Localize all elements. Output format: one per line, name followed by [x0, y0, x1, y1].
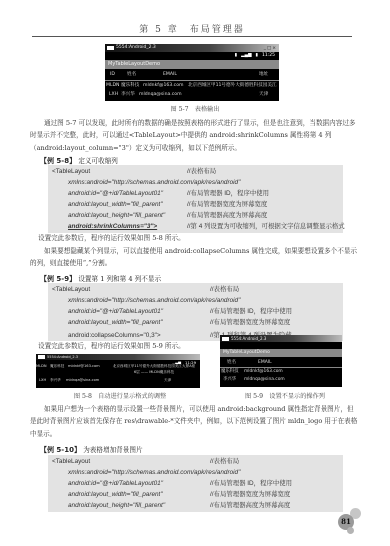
code-line: android:layout_width="fill_parent"//布局管理… [52, 317, 343, 328]
cell: 李兴华 [50, 376, 66, 384]
code-block: <TableLayout//表格布局 xmlns:android="http:/… [48, 455, 343, 512]
code-text: android:layout_width="fill_parent" [68, 489, 163, 500]
example-title: 为表格增加背景图片 [83, 446, 142, 454]
window-controls: _□× [264, 45, 277, 53]
code-comment: //表格布局 [210, 284, 239, 295]
status-time: 11:25 [262, 53, 275, 58]
code-comment: //表格布局 [187, 166, 216, 177]
code-line: android:id="@+id/TableLayout01"//布局管理器 I… [52, 306, 343, 317]
code-text: android:id="@+id/TableLayout01" [68, 188, 163, 199]
cell: 李兴华 [121, 90, 139, 99]
emulator-title-bar: 5554:Android_2.3 _□× [105, 44, 279, 52]
figure-5-8-table-body: MLDN 魔乐科技 mldnkf@163.com 北京西城区甲11号德外大街德胜… [36, 364, 200, 385]
code-comment: //布局管理器 ID，程序中使用 [210, 306, 292, 317]
code-text: android:id="@+id/TableLayout01" [68, 478, 163, 489]
code-text: <TableLayout [52, 166, 90, 177]
figure-5-7-screenshot: 5554:Android_2.3 _□× ▮▂▄▆▮11:25 MyTableL… [105, 44, 279, 101]
code-comment: //布局管理器宽度为屏幕宽度 [187, 199, 267, 210]
page-number-badge: 81 [338, 508, 378, 544]
table-row: 魔乐科技 mldnkf@163.com [220, 368, 342, 376]
table-header-row: 姓名 EMAIL [220, 357, 342, 368]
code-line: android:layout_height="fill_parent"//布局管… [52, 500, 343, 511]
emulator-title-bar: 5554:Android_2.3 [220, 335, 342, 342]
code-text: android:layout_width="fill_parent" [68, 199, 163, 210]
window-icon [38, 355, 45, 359]
column-header: EMAIL [151, 69, 259, 80]
figure-caption: 图 5-8 自动进行显示格式的调整 [60, 391, 180, 400]
figure-5-9-screenshot: 5554:Android_2.3 MyTableLayoutDemo 姓名 EM… [220, 335, 342, 387]
example-label: 【例 5-10】 [40, 446, 81, 454]
window-icon [107, 46, 114, 50]
code-text: android:id="@+id/TableLayout01" [68, 306, 163, 317]
code-text: <TableLayout [52, 284, 90, 295]
code-comment: //布局管理器高度为屏幕高度 [187, 210, 267, 221]
paragraph: 设置完此参数后，程序的运行效果如图 5-8 所示。 [38, 232, 368, 244]
code-text: android:layout_width="fill_parent" [68, 317, 163, 328]
example-label: 【例 5-9】 [40, 275, 76, 283]
code-line: android:layout_height="fill_parent"//布局管… [52, 210, 343, 221]
cell: 北京西城区甲11号德外大街德胜科技园美江大厦A座6层 —— MLDN魔乐科技 [112, 364, 196, 376]
example-title: 设置第 1 列和第 4 列不显示 [78, 275, 161, 283]
cell: mldnqa@sina.com [66, 376, 164, 384]
example-title: 定义可收缩列 [78, 157, 118, 165]
signal-icon: ▂▄▆ [241, 53, 251, 58]
cell: 北京西城区甲11号德外大街德胜科技园美江 [188, 81, 279, 90]
decorative-circle [347, 527, 354, 534]
cell: 天津 [259, 90, 279, 99]
code-line: xmlns:android="http://schemas.android.co… [52, 467, 343, 478]
code-line: <TableLayout//表格布局 [52, 166, 343, 177]
status-bar: ▮▂▄▆▮11:25 [105, 52, 279, 60]
sim-icon: ▮ [235, 53, 237, 58]
app-title-bar: MyTableLayoutDemo [220, 349, 342, 357]
code-text: android:layout_height="fill_parent" [68, 210, 165, 221]
table-row: MLDN 魔乐科技 mldnkf@163.com 北京西城区甲11号德外大街德胜… [36, 364, 200, 376]
app-title-bar: MyTableLayoutDemo [105, 60, 279, 69]
table-row: MLDN 魔乐科技 mldnkf@163.com 北京西城区甲11号德外大街德胜… [105, 81, 279, 90]
column-header: EMAIL [254, 357, 314, 367]
table-row: 李兴华 mldnqa@sina.com [220, 376, 342, 384]
cell: 魔乐科技 [121, 81, 143, 90]
code-line: xmlns:android="http://schemas.android.co… [52, 295, 343, 306]
cell: mldnqa@sina.com [244, 376, 324, 384]
code-comment: //布局管理器 ID，程序中使用 [210, 478, 292, 489]
paragraph: 如果要想隐藏某个列显示，可以直接使用 android:collapseColum… [30, 245, 360, 270]
column-header: 姓名 [220, 357, 254, 367]
code-line: android:id="@+id/TableLayout01"//布局管理器 I… [52, 188, 343, 199]
paragraph: 如果用户想为一个表格的显示设置一些背景图片，可以使用 android:backg… [30, 403, 360, 440]
example-label: 【例 5-8】 [40, 157, 76, 165]
code-line: android:layout_width="fill_parent"//布局管理… [52, 199, 343, 210]
code-line: xmlns:android="http://schemas.android.co… [52, 177, 343, 188]
cell: LXH [105, 90, 121, 99]
code-block: <TableLayout//表格布局 xmlns:android="http:/… [48, 165, 343, 233]
code-line: <TableLayout//表格布局 [52, 284, 343, 295]
code-text: android:layout_height="fill_parent" [68, 500, 165, 511]
cell: mldnkf@163.com [143, 81, 188, 90]
cell: MLDN [36, 364, 50, 376]
window-title: 5554:Android_2.3 [231, 336, 266, 341]
code-text: xmlns:android="http://schemas.android.co… [68, 177, 240, 188]
column-header: 地址 [259, 69, 279, 80]
code-line: android:id="@+id/TableLayout01"//布局管理器 I… [52, 478, 343, 489]
window-icon [222, 337, 229, 341]
battery-icon: ▮ [256, 53, 258, 58]
column-header: 姓名 [121, 69, 151, 80]
code-comment: //第 4 列设置为可收缩列，可根据文字信息调整显示格式 [187, 221, 345, 232]
example-heading: 【例 5-10】 为表格增加背景图片 [40, 444, 143, 455]
table-header-row: ID 姓名 EMAIL 地址 [105, 69, 279, 81]
cell: 李兴华 [220, 376, 244, 384]
cell: 魔乐科技 [220, 368, 244, 376]
code-line: android:shrinkColumns="3">//第 4 列设置为可收缩列… [52, 221, 343, 232]
code-line: android:layout_width="fill_parent"//布局管理… [52, 489, 343, 500]
cell: 魔乐科技 [50, 364, 68, 376]
cell: 天津 [164, 376, 194, 384]
code-comment: //表格布局 [210, 456, 239, 467]
cell: mldnkf@163.com [244, 368, 324, 376]
cell: mldnqa@sina.com [139, 90, 259, 99]
cell: MLDN [105, 81, 121, 90]
status-bar [220, 342, 342, 349]
table-row: LXH 李兴华 mldnqa@sina.com 天津 [105, 90, 279, 99]
figure-caption: 图 5-9 设置不显示的操作列 [235, 391, 335, 400]
window-title: 5554:Android_2.3 [116, 45, 156, 50]
code-comment: //布局管理器 ID，程序中使用 [187, 188, 269, 199]
column-header: ID [105, 69, 121, 80]
code-text: <TableLayout [52, 456, 90, 467]
code-comment: //布局管理器高度为屏幕高度 [210, 500, 290, 511]
code-text: xmlns:android="http://schemas.android.co… [68, 467, 240, 478]
paragraph: 通过图 5-7 可以发现，此时所有的数据的确是按照表格的形式进行了显示，但是也注… [30, 117, 360, 154]
cell: mldnkf@163.com [68, 364, 112, 376]
code-comment: //布局管理器宽度为屏幕宽度 [210, 317, 290, 328]
window-title: 5554:Android_2.3 [47, 355, 78, 359]
chapter-title: 第 5 章 布局管理器 [32, 22, 352, 35]
code-line: <TableLayout//表格布局 [52, 456, 343, 467]
cell: LXH [36, 376, 50, 384]
table-row: LXH 李兴华 mldnqa@sina.com 天津 [36, 376, 200, 384]
code-text: xmlns:android="http://schemas.android.co… [68, 295, 240, 306]
figure-caption: 图 5-7 表格输出 [145, 104, 245, 113]
code-text: android:shrinkColumns="3"> [68, 221, 157, 232]
page-header: 第 5 章 布局管理器 [32, 0, 352, 37]
code-comment: //布局管理器宽度为屏幕宽度 [210, 489, 290, 500]
